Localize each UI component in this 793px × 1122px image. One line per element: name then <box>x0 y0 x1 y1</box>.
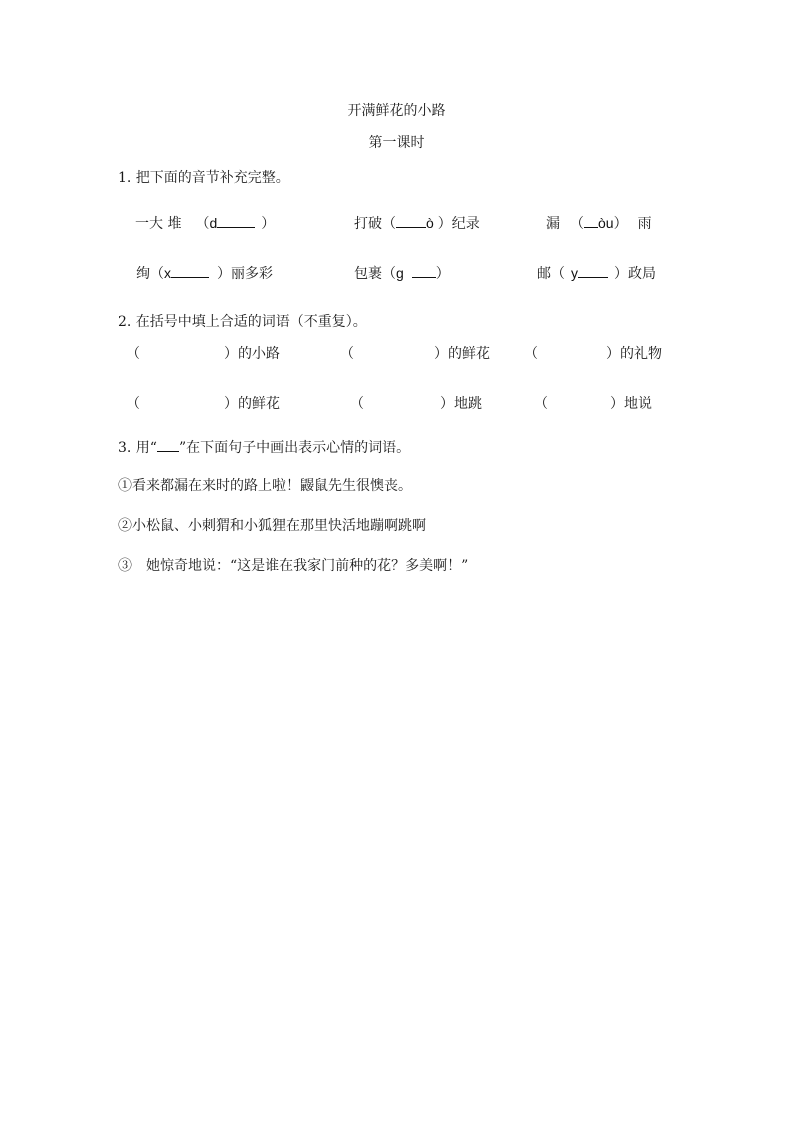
close-paren: ） <box>440 396 454 412</box>
suffix: 地说 <box>624 396 652 412</box>
pinyin-prefix: x <box>164 265 171 281</box>
close-paren: ） <box>224 346 238 362</box>
word-after: 丽多彩 <box>231 266 273 282</box>
close-paren: ） <box>610 396 624 412</box>
close-paren: ） <box>436 266 450 282</box>
open-paren: （ <box>382 216 396 232</box>
q3-heading-prefix: 3. 用“ <box>118 440 157 456</box>
pinyin-blank[interactable] <box>412 265 436 278</box>
close-paren: ） <box>438 216 452 232</box>
word: 打破 <box>354 216 382 232</box>
close-paren: ） <box>224 396 238 412</box>
close-paren: ） <box>606 346 620 362</box>
suffix: 地跳 <box>454 396 482 412</box>
word-after: 纪录 <box>452 216 480 232</box>
open-paren: （ <box>126 396 140 412</box>
q1-heading: 1. 把下面的音节补充完整。 <box>118 171 290 185</box>
pinyin-prefix: d <box>209 215 217 231</box>
pinyin-blank[interactable] <box>217 215 255 228</box>
q3-heading: 3. 用“”在下面句子中画出表示心情的词语。 <box>118 439 410 455</box>
suffix: 的小路 <box>238 346 280 362</box>
pinyin-blank[interactable] <box>171 265 209 278</box>
word: 包裹 <box>354 266 382 282</box>
pinyin-suffix: ò <box>426 215 434 231</box>
q2-item: （）地跳 <box>350 397 482 411</box>
word: 邮 <box>537 266 551 282</box>
q3-sentence-2[interactable]: ②小松鼠、小刺猬和小狐狸在那里快活地蹦啊跳啊 <box>118 519 426 533</box>
word: 一大 堆 <box>135 216 181 232</box>
q2-item: （）的小路 <box>126 347 280 361</box>
document-title: 开满鲜花的小路 <box>0 104 793 118</box>
q2-item: （）的鲜花 <box>340 347 490 361</box>
open-paren: （ <box>524 346 538 362</box>
pinyin-prefix: g <box>396 265 404 281</box>
open-paren: （ <box>195 216 209 232</box>
open-paren: （ <box>382 266 396 282</box>
suffix: 的鲜花 <box>448 346 490 362</box>
q1-item-dapo: 打破（ò）纪录 <box>354 215 480 231</box>
lesson-subtitle: 第一课时 <box>0 136 793 150</box>
q1-item-youzheng: 邮（y）政局 <box>537 265 656 281</box>
q1-item-xuanli: 绚（x）丽多彩 <box>136 265 273 281</box>
q2-item: （）的礼物 <box>524 347 662 361</box>
open-paren: （ <box>570 216 584 232</box>
pinyin-suffix: òu <box>598 215 614 231</box>
q1-item-yidadui: 一大 堆（d） <box>135 215 275 231</box>
open-paren: （ <box>534 396 548 412</box>
q2-heading: 2. 在括号中填上合适的词语（不重复）。 <box>118 315 367 329</box>
word-after: 雨 <box>638 216 652 232</box>
close-paren: ） <box>614 266 628 282</box>
open-paren: （ <box>126 346 140 362</box>
word: 漏 <box>546 216 560 232</box>
underline-sample <box>157 439 179 452</box>
pinyin-blank[interactable] <box>578 265 608 278</box>
suffix: 的鲜花 <box>238 396 280 412</box>
q3-heading-suffix: ”在下面句子中画出表示心情的词语。 <box>179 440 410 456</box>
pinyin-prefix: y <box>571 265 578 281</box>
close-paren: ） <box>434 346 448 362</box>
close-paren: ） <box>261 216 275 232</box>
pinyin-blank[interactable] <box>396 215 426 228</box>
q2-item: （）地说 <box>534 397 652 411</box>
close-paren: ） <box>217 266 231 282</box>
q2-item: （）的鲜花 <box>126 397 280 411</box>
pinyin-blank[interactable] <box>584 215 598 228</box>
suffix: 的礼物 <box>620 346 662 362</box>
word-after: 政局 <box>628 266 656 282</box>
q3-sentence-1[interactable]: ①看来都漏在来时的路上啦！鼹鼠先生很懊丧。 <box>118 479 412 493</box>
q3-sentence-3[interactable]: ③ 她惊奇地说：“这是谁在我家门前种的花？多美啊！” <box>118 559 468 573</box>
word: 绚 <box>136 266 150 282</box>
open-paren: （ <box>350 396 364 412</box>
close-paren: ） <box>614 216 628 232</box>
open-paren: （ <box>150 266 164 282</box>
q1-item-baoguo: 包裹（g） <box>354 265 450 281</box>
open-paren: （ <box>551 266 565 282</box>
q1-item-louyu: 漏（òu）雨 <box>546 215 652 231</box>
open-paren: （ <box>340 346 354 362</box>
